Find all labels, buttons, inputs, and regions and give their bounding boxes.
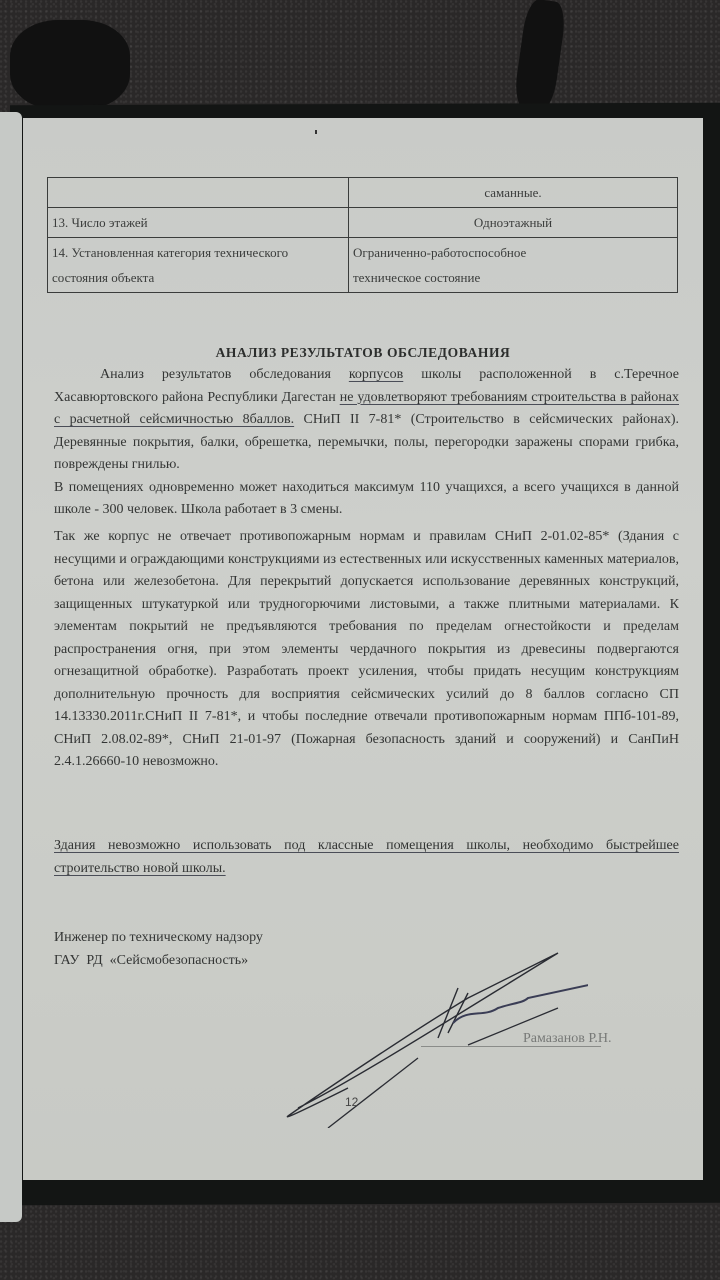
table-cell-label: 13. Число этажей bbox=[48, 208, 349, 238]
table-cell-label: 14. Установленная категория технического… bbox=[48, 238, 349, 293]
underlined-text: корпусов bbox=[349, 367, 403, 382]
page-mark bbox=[315, 130, 317, 134]
label-line: состояния объекта bbox=[52, 265, 344, 290]
signer-organization: ГАУ РД «Сейсмобезопасность» bbox=[54, 949, 263, 972]
signer-title: Инженер по техническому надзору bbox=[54, 926, 263, 949]
label-line: 14. Установленная категория технического bbox=[52, 240, 344, 265]
table-cell-value: саманные. bbox=[349, 178, 678, 208]
previous-page-edge bbox=[0, 112, 22, 1222]
page-number: 12 bbox=[345, 1095, 358, 1109]
background-decor bbox=[10, 20, 130, 110]
signature-icon bbox=[268, 948, 588, 1128]
capacity-text: В помещениях одновременно может находить… bbox=[54, 477, 679, 522]
section-heading: АНАЛИЗ РЕЗУЛЬТАТОВ ОБСЛЕДОВАНИЯ bbox=[23, 345, 703, 361]
fire-safety-paragraph: Так же корпус не отвечает противопожарны… bbox=[54, 526, 679, 774]
table-row: 14. Установленная категория технического… bbox=[48, 238, 678, 293]
background-decor bbox=[513, 0, 568, 112]
properties-table: саманные. 13. Число этажей Одноэтажный 1… bbox=[47, 177, 678, 293]
table-row: 13. Число этажей Одноэтажный bbox=[48, 208, 678, 238]
signer-block: Инженер по техническому надзору ГАУ РД «… bbox=[54, 926, 263, 972]
value-line: Ограниченно-работоспособное bbox=[353, 240, 673, 265]
value-line: техническое состояние bbox=[353, 265, 673, 290]
text-span: Анализ результатов обследования bbox=[100, 367, 349, 382]
table-cell-label bbox=[48, 178, 349, 208]
analysis-paragraph: Анализ результатов обследования корпусов… bbox=[54, 364, 679, 522]
conclusion-paragraph: Здания невозможно использовать под класс… bbox=[54, 835, 679, 880]
table-cell-value: Одноэтажный bbox=[349, 208, 678, 238]
document-page: саманные. 13. Число этажей Одноэтажный 1… bbox=[23, 118, 703, 1180]
table-row: саманные. bbox=[48, 178, 678, 208]
table-cell-value: Ограниченно-работоспособное техническое … bbox=[349, 238, 678, 293]
